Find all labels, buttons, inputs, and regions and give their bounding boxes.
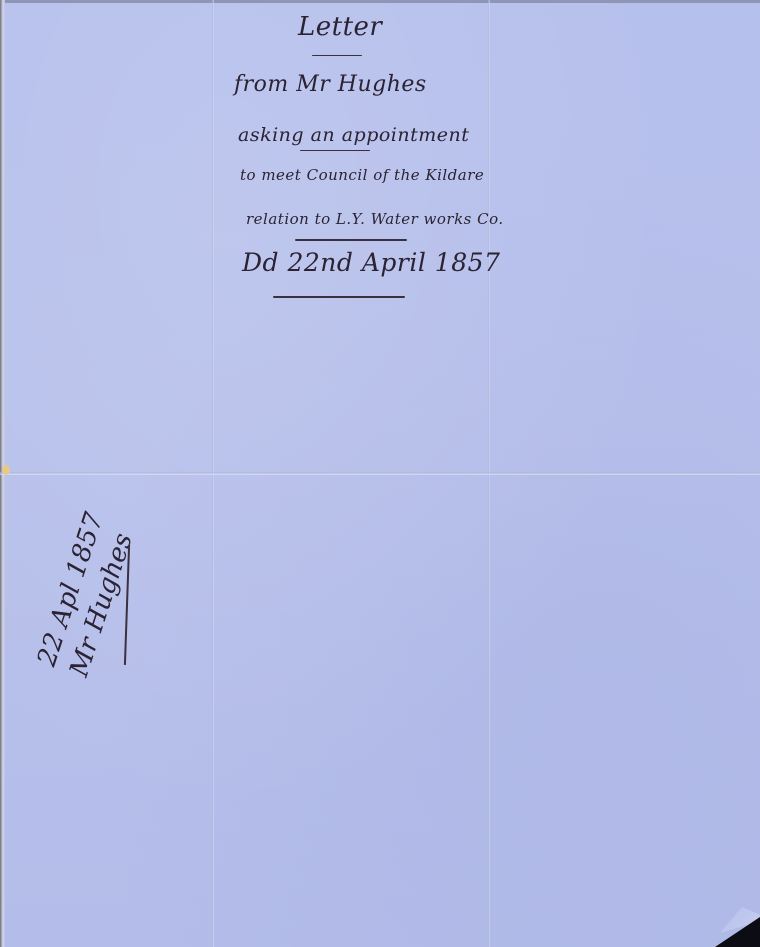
endorsement-line-request: asking an appointment (238, 124, 469, 146)
paper-top-edge (0, 0, 760, 3)
letter-sheet: Letter from Mr Hughes asking an appointm… (0, 0, 760, 947)
request-underline (300, 150, 370, 151)
waterworks-underline (295, 239, 407, 241)
horizontal-fold-line (0, 472, 760, 475)
date-underline (273, 296, 405, 298)
torn-corner-shadow (715, 917, 760, 947)
endorsement-line-waterworks: relation to L.Y. Water works Co. (246, 210, 504, 228)
heading-underline (312, 55, 362, 56)
endorsement-line-from: from Mr Hughes (234, 72, 427, 97)
endorsement-line-council: to meet Council of the Kildare (240, 166, 484, 184)
tack-hole-mark (2, 465, 10, 475)
endorsement-date: Dd 22nd April 1857 (242, 248, 500, 277)
endorsement-heading: Letter (298, 12, 382, 42)
